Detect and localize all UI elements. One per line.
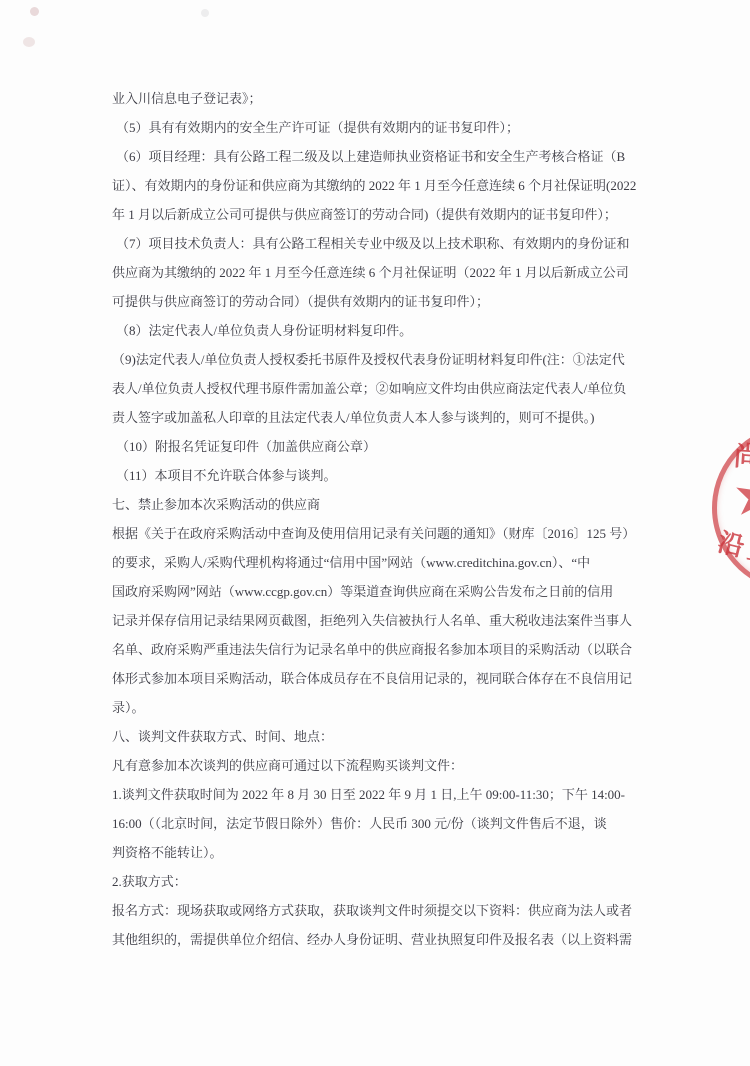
document-line: 责人签字或加盖私人印章的且法定代表人/单位负责人本人参与谈判的，则可不提供。) <box>112 403 636 432</box>
document-line: （10）附报名凭证复印件（加盖供应商公章） <box>112 432 636 461</box>
document-line: 判资格不能转让）。 <box>112 838 636 867</box>
document-line: （8）法定代表人/单位负责人身份证明材料复印件。 <box>112 316 636 345</box>
document-body-text: 业入川信息电子登记表》； （5）具有有效期内的安全生产许可证（提供有效期内的证书… <box>112 84 636 954</box>
official-seal-stamp: 尚 达 ★ 沿 工 <box>701 413 750 603</box>
scan-artifact-mark <box>30 7 39 16</box>
document-line: （6）项目经理：具有公路工程二级及以上建造师执业资格证书和安全生产考核合格证（B <box>112 142 636 171</box>
document-line: 记录并保存信用记录结果网页截图，拒绝列入失信被执行人名单、重大税收违法案件当事人 <box>112 606 636 635</box>
document-line: （9)法定代表人/单位负责人授权委托书原件及授权代表身份证明材料复印件(注：①法… <box>112 345 636 374</box>
document-line: 凡有意参加本次谈判的供应商可通过以下流程购买谈判文件： <box>112 751 636 780</box>
document-line: 的要求，采购人/采购代理机构将通过“信用中国”网站（www.creditchin… <box>112 548 636 577</box>
document-line: 报名方式：现场获取或网络方式获取，获取谈判文件时须提交以下资料：供应商为法人或者 <box>112 896 636 925</box>
document-line: 体形式参加本项目采购活动，联合体成员存在不良信用记录的，视同联合体存在不良信用记 <box>112 664 636 693</box>
document-line: 录）。 <box>112 693 636 722</box>
seal-character: 沿 <box>714 522 748 564</box>
document-line: 供应商为其缴纳的 2022 年 1 月至今任意连续 6 个月社保证明（2022 … <box>112 258 636 287</box>
document-line: 名单、政府采购严重违法失信行为记录名单中的供应商报名参加本项目的采购活动（以联合 <box>112 635 636 664</box>
document-line: 年 1 月以后新成立公司可提供与供应商签订的劳动合同)（提供有效期内的证书复印件… <box>112 200 636 229</box>
document-line: 1.谈判文件获取时间为 2022 年 8 月 30 日至 2022 年 9 月 … <box>112 780 636 809</box>
document-line: 业入川信息电子登记表》； <box>112 84 636 113</box>
document-line: 根据《关于在政府采购活动中查询及使用信用记录有关问题的通知》（财库〔2016〕1… <box>112 519 636 548</box>
scan-artifact-mark <box>201 9 209 17</box>
document-line: 表人/单位负责人授权代理书原件需加盖公章；②如响应文件均由供应商法定代表人/单位… <box>112 374 636 403</box>
document-line: 其他组织的，需提供单位介绍信、经办人身份证明、营业执照复印件及报名表（以上资料需 <box>112 925 636 954</box>
document-section-heading: 八、谈判文件获取方式、时间、地点： <box>112 722 636 751</box>
document-line: 16:00（（北京时间，法定节假日除外）售价：人民币 300 元/份（谈判文件售… <box>112 809 636 838</box>
document-line: （7）项目技术负责人：具有公路工程相关专业中级及以上技术职称、有效期内的身份证和 <box>112 229 636 258</box>
document-line: 2.获取方式： <box>112 867 636 896</box>
document-line: （5）具有有效期内的安全生产许可证（提供有效期内的证书复印件）； <box>112 113 636 142</box>
document-section-heading: 七、禁止参加本次采购活动的供应商 <box>112 490 636 519</box>
scan-artifact-mark <box>23 37 35 47</box>
seal-star-icon: ★ <box>730 465 750 531</box>
document-line: 可提供与供应商签订的劳动合同）（提供有效期内的证书复印件）； <box>112 287 636 316</box>
document-line: 国政府采购网”网站（www.ccgp.gov.cn）等渠道查询供应商在采购公告发… <box>112 577 636 606</box>
document-line: （11）本项目不允许联合体参与谈判。 <box>112 461 636 490</box>
scanned-document-page: 业入川信息电子登记表》； （5）具有有效期内的安全生产许可证（提供有效期内的证书… <box>0 0 750 1066</box>
document-line: 证）、有效期内的身份证和供应商为其缴纳的 2022 年 1 月至今任意连续 6 … <box>112 171 636 200</box>
